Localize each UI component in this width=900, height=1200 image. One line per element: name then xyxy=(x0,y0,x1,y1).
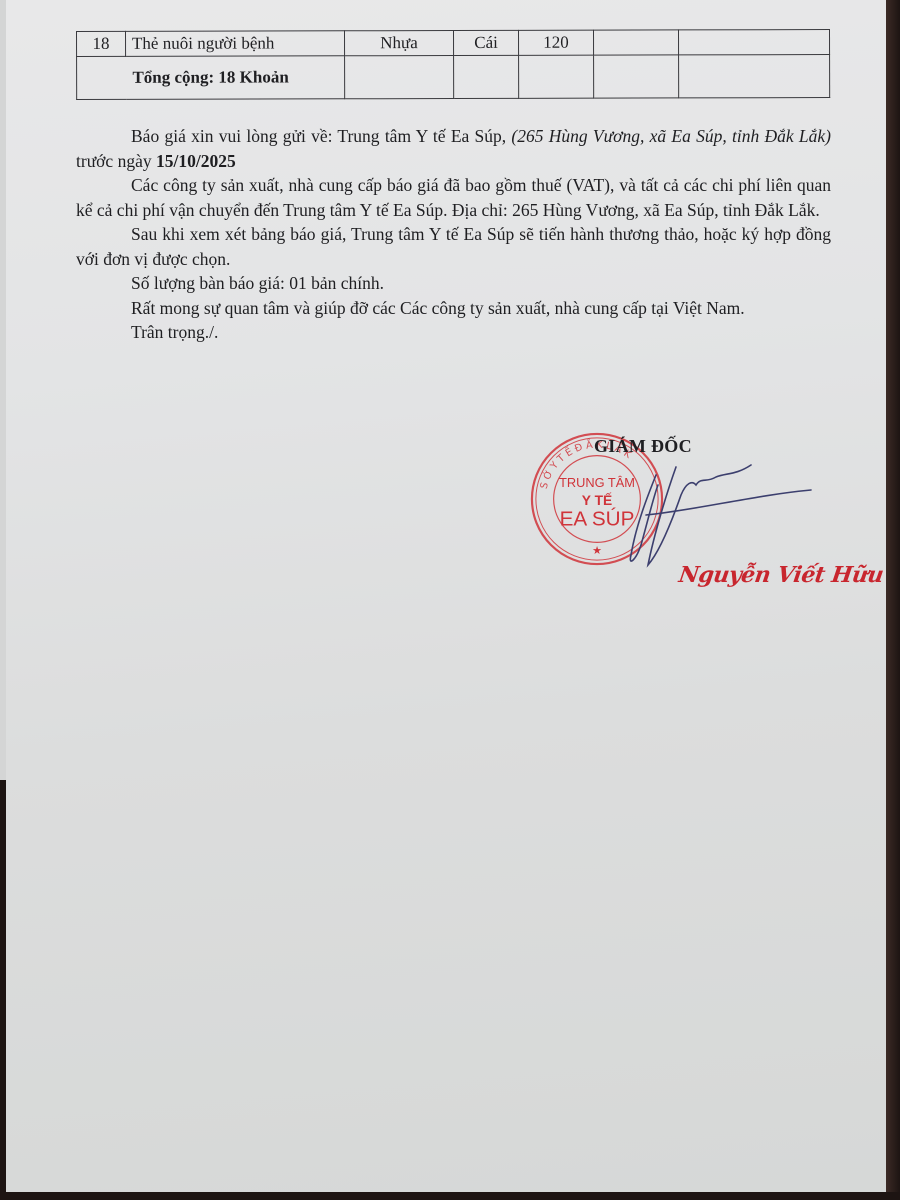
cell-price xyxy=(593,30,678,55)
svg-text:★: ★ xyxy=(592,545,602,557)
paragraph-vat: Các công ty sản xuất, nhà cung cấp báo g… xyxy=(76,173,831,222)
letter-body: Báo giá xin vui lòng gửi về: Trung tâm Y… xyxy=(76,124,831,345)
cell-material: Nhựa xyxy=(345,31,454,56)
photo-edge-right xyxy=(886,0,900,1200)
document-page: 18 Thẻ nuôi người bệnh Nhựa Cái 120 Tổng… xyxy=(6,0,886,1192)
paragraph-copies: Số lượng bàn báo giá: 01 bản chính. xyxy=(76,271,831,296)
photo-edge-left-dark xyxy=(0,780,6,1200)
signature-title: GIÁM ĐỐC xyxy=(594,436,692,457)
items-table: 18 Thẻ nuôi người bệnh Nhựa Cái 120 Tổng… xyxy=(76,29,830,100)
empty-cell xyxy=(519,55,594,98)
text: trước ngày xyxy=(76,151,156,171)
cell-total xyxy=(678,30,829,55)
table-total-row: Tổng cộng: 18 Khoản xyxy=(77,55,830,100)
empty-cell xyxy=(345,56,454,99)
paragraph-thanks: Rất mong sự quan tâm và giúp đỡ các Các … xyxy=(76,296,831,321)
cell-no: 18 xyxy=(77,31,126,56)
cell-name: Thẻ nuôi người bệnh xyxy=(126,31,345,57)
cell-quantity: 120 xyxy=(518,30,593,55)
table-row: 18 Thẻ nuôi người bệnh Nhựa Cái 120 xyxy=(77,30,830,57)
empty-cell xyxy=(679,55,830,98)
empty-cell xyxy=(454,55,519,98)
photo-edge-bottom xyxy=(0,1192,900,1200)
address-italic: (265 Hùng Vương, xã Ea Súp, tỉnh Đắk Lắk… xyxy=(511,126,831,146)
cell-unit: Cái xyxy=(454,30,519,55)
paragraph-review: Sau khi xem xét bảng báo giá, Trung tâm … xyxy=(76,222,831,271)
empty-cell xyxy=(594,55,679,98)
handwritten-signature xyxy=(606,455,816,575)
signer-name: Nguyễn Viết Hữu xyxy=(677,562,885,588)
paragraph-closing: Trân trọng./. xyxy=(76,320,831,345)
deadline-date: 15/10/2025 xyxy=(156,151,236,171)
paragraph-submission: Báo giá xin vui lòng gửi về: Trung tâm Y… xyxy=(76,124,831,173)
total-label: Tổng cộng: 18 Khoản xyxy=(77,56,345,100)
text: Báo giá xin vui lòng gửi về: Trung tâm Y… xyxy=(131,126,511,146)
